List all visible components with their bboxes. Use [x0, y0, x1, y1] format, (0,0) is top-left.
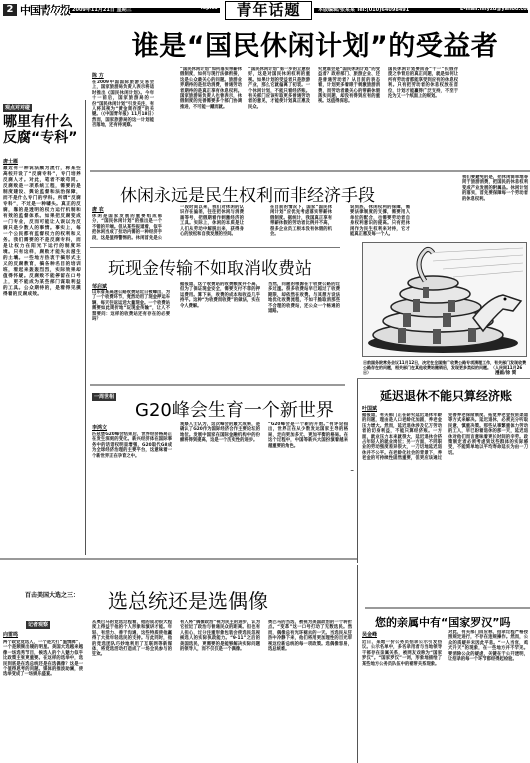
retire-left-divider	[357, 378, 358, 563]
leisure-byline: 唐 农	[92, 206, 104, 213]
retire-headline: 延迟退休不能只算经济账	[380, 387, 512, 404]
editor-line: 本版编辑/张某某 Tel:(010)64098491	[318, 6, 409, 13]
leisure-bottom-rule	[90, 247, 340, 248]
decorative-hatch	[46, 8, 68, 13]
section-title: 青年话题	[225, 1, 312, 20]
retire-byline: 叶国斌	[362, 405, 377, 412]
cartoon-credit: 漫画/徐 简	[495, 370, 516, 376]
sidebar-title: 哪里有什么反腐“专科”	[3, 114, 83, 146]
g20-col-4: 当然，新世界的诞生不会一帆风顺。发达国家与发展中国家之间的利益博弈仍将继续，如何…	[350, 470, 355, 471]
cash-bottom-rule	[90, 384, 345, 386]
leisure-headline: 休闲永远是民生权利而非经济手段	[120, 181, 375, 206]
leisure-col-4: 说到底，休闲权利的保障，需要法律制度的支撑，需要用人单位的配合，也需要劳动者自身…	[350, 205, 410, 240]
idol-top-rule	[0, 558, 357, 560]
idol-col-3: 有人将“偶像政治”视为民主的进步，认为它拉近了政治与普通民众的距离。但也有人担心…	[180, 620, 260, 763]
lead-bottom-rule	[90, 170, 530, 172]
leisure-col-3: 在目前的情况下，国家“国民休闲计划”应优先考虑落实带薪休假制度。据统计，我国真正…	[270, 205, 332, 240]
cash-col-3: 当然，问题的根源在于收费公路的过多过滥。很多收费站早已超过了收费期限，却依然在收…	[268, 282, 340, 365]
retire-top-rule	[357, 378, 530, 379]
luohan-headline: 您的亲属中有“国家罗汉”吗	[375, 614, 510, 630]
idol-col-4: 奥巴马的当选，被视为美国政治的一个转折点。“变革”这一口号打动了无数选民。然而，…	[268, 620, 352, 763]
sidebar-body: 最近有一种说法颇为流行，称某些高校开设了“反腐专科”，专门培养反腐人才。对此，笔…	[3, 166, 81, 546]
idol-col-2: 从奥巴马的竞选过程看，他的成功很大程度上得益于他的个人形象和演讲才能。年轻、有活…	[92, 620, 172, 763]
idol-series-label: 百击美国大选之三：	[25, 590, 79, 599]
leisure-col-1: 休闲是国家发展的重要组成部分，“国民休闲计划”的推出是一个不错的开端。但从某些报…	[92, 214, 162, 240]
g20-col-3: “G20峰会是一个新的开始。”有评论指出，世界正在从少数发达国家主导的格局，走向…	[268, 422, 348, 552]
luohan-byline: 吴金峰	[362, 631, 377, 638]
coiled-snake-illustration	[363, 243, 527, 357]
g20-col-2: 观察人士认为，这次峰会的最大成果，是确认了G20作为国际经济合作主要论坛的地位。…	[180, 422, 260, 552]
cash-byline: 邹启斌	[92, 283, 107, 290]
retire-body: 据报道，有关部门正在研究延迟退休年龄的问题，理由是人口老龄化加剧，养老金压力增大…	[362, 413, 528, 563]
cash-col-1: 山东省某高速公路收费站近日被曝出，为了一个收费环节，竟然动用了现金押运车辆，每天…	[92, 290, 170, 365]
topics-label: Topics	[200, 5, 217, 11]
g20-byline: 李鸿文	[92, 424, 107, 431]
lead-headline: 谁是“国民休闲计划”的受益者	[100, 24, 530, 63]
luohan-col-1: 近日，某地一份公务员招录公示引发热议。公示名单中，多名录用者与当地领导干部存在亲…	[362, 640, 442, 763]
idol-byline: 向雷鸣	[3, 631, 18, 638]
lead-col-2: “国民休闲计划”如何落实带薪休假制度，如何与现行法律衔接，这是公众最关心的问题。…	[180, 67, 242, 167]
leisure-col-2: 一段时间以来，我们对休闲的认识存在偏差，往往把休闲与消费画等号，把假期看作刺激经…	[180, 205, 244, 240]
contact-email: E-mail:hnyzu@yahoo.com.cn	[460, 6, 530, 12]
page-number: 2	[3, 4, 17, 16]
lead-byline: 陈 方	[92, 72, 104, 79]
editorial-cartoon	[362, 242, 527, 357]
lead-col-5: 国民休闲计划要回答“十一”长假存废之争背后的真正问题，就是如何让所有劳动者都能享…	[388, 67, 458, 167]
idol-headline: 选总统还是选偶像	[108, 585, 268, 614]
sidebar-divider	[85, 100, 86, 555]
idol-col-1: 两个政党竞选人，一个是大打“温情牌”，一个是频频出镜的明星。美国大选越来越像一场…	[3, 640, 83, 763]
luohan-col-2: 对此，有关部门回应称，招录过程严格按照规定进行，不存在违规操作。然而，公众的质疑…	[448, 630, 528, 763]
lead-col-3: “国民休闲计划”第一步的立意很好，这是对国民休闲权利的重视。如果计划的受益者只是…	[248, 67, 310, 167]
lead-col-1: 在2009中国国际旅游交易会上，国家旅游局负责人表示将适时推出《国民休闲计划》。…	[92, 80, 154, 168]
g20-headline: G20峰会生育一个新世界	[135, 396, 334, 422]
issue-date: 2009年11月21日 星期三	[72, 6, 132, 13]
cash-col-2: 据报道，这个收费站的收费额度并不高，但为了保证现金安全，需要支付不菲的押运费用。…	[180, 282, 260, 365]
idol-kicker: 记者观察	[26, 621, 50, 629]
sidebar-byline: 唐士雁	[3, 158, 18, 165]
sidebar-kicker: 观点对对碰	[3, 104, 32, 112]
luohan-left-divider	[357, 565, 358, 763]
leisure-right-col: 我们要避免的是，把休闲简单地等同于旅游消费，把国民的休息权利变成产业发展的附属品…	[462, 175, 528, 237]
cash-headline: 玩现金传输不如取消收费站	[108, 254, 312, 279]
lead-col-4: 究竟谁会是“国民休闲计划”的受益者？政府部门、旅游企业、还是普通劳动者？从目前的…	[318, 67, 380, 167]
g20-kicker: 一周世相	[92, 393, 116, 401]
luohan-top-rule	[365, 607, 530, 609]
g20-col-1: 匹兹堡G20峰会结束后，世界经济格局正在发生深刻的变化。新兴经济体在国际事务中的…	[92, 432, 172, 552]
